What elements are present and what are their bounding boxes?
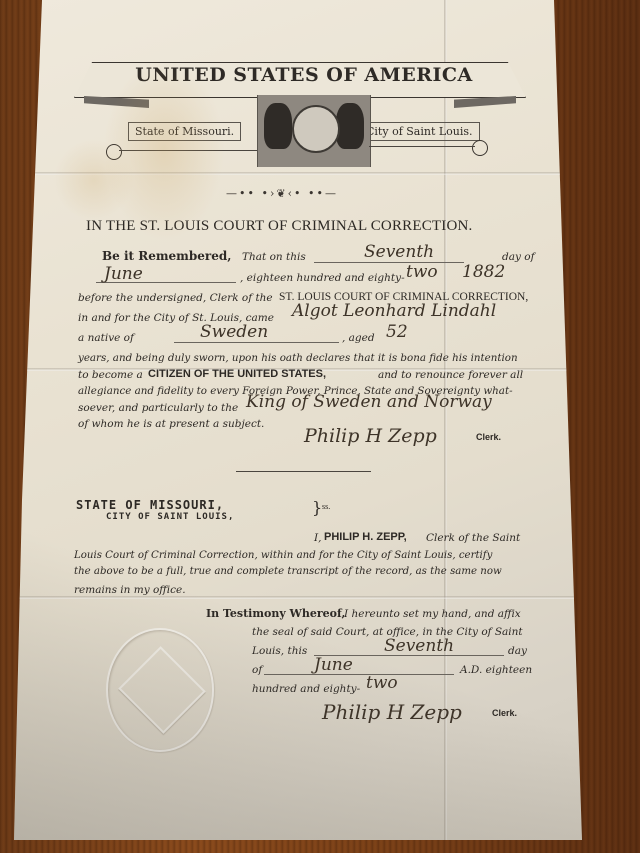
scroll-right-icon [472,140,488,156]
city-label: City of Saint Louis. [366,125,473,138]
sovereign-field: King of Sweden and Norway [246,392,492,412]
missouri-seal-icon [257,95,371,167]
state-label: State of Missouri. [135,125,234,138]
seal-crossed-emblem-icon [118,646,206,734]
static-text: I, [314,532,322,544]
testimony-clerk-signature: Philip H Zepp [322,700,462,724]
testimony-clerk-title: Clerk. [492,708,517,718]
static-text: That on this [242,251,306,263]
state-of-missouri-heading: STATE OF MISSOURI, [76,498,224,512]
brace-icon: } [312,498,322,517]
static-text: Louis Court of Criminal Correction, with… [74,550,492,561]
static-text: day of [502,251,534,263]
blank-line [264,674,454,675]
static-text: and to renounce forever all [378,369,523,381]
be-it-remembered: Be it Remembered, [102,249,231,263]
static-text: , aged [342,332,375,344]
state-box: State of Missouri. [128,122,241,141]
clerk-name: PHILIP H. ZEPP, [324,531,407,543]
blank-line [174,342,339,343]
static-text: years, and being duly sworn, upon his oa… [78,352,518,364]
blank-line [314,262,464,263]
day-field: Seventh [364,242,434,262]
static-text: of [252,664,262,676]
static-text: before the undersigned, Clerk of the [78,292,273,304]
court-heading: IN THE ST. LOUIS COURT OF CRIMINAL CORRE… [86,218,473,235]
city-box: City of Saint Louis. [359,122,480,141]
testimony-day-field: Seventh [384,636,454,656]
rule [369,146,475,147]
divider-rule [236,471,371,472]
bear-left-icon [264,103,292,149]
static-text: , eighteen hundred and eighty- [240,272,405,284]
static-text: Clerk of the Saint [426,532,520,544]
in-testimony-whereof: In Testimony Whereof, [206,607,345,620]
age-field: 52 [386,322,408,342]
year-word-field: two [406,262,438,282]
testimony-month-field: June [314,655,353,675]
static-text: A.D. eighteen [460,664,532,676]
static-text: to become a [78,369,143,381]
native-of-field: Sweden [200,322,268,342]
static-text: I hereunto set my hand, and affix [344,608,521,620]
document-title: UNITED STATES OF AMERICA [89,64,519,86]
city-of-saint-louis-heading: CITY OF SAINT LOUIS, [106,512,234,522]
clerk-signature: Philip H Zepp [304,425,437,447]
scroll-left-icon [106,144,122,160]
horizontal-fold [14,172,582,175]
clerk-title: Clerk. [476,432,501,442]
seal-disc-icon [292,105,340,153]
rule [119,150,257,151]
static-text: of whom he is at present a subject. [78,418,264,430]
embossed-court-seal-icon [106,628,214,752]
testimony-year-field: two [366,673,398,693]
static-text: a native of [78,332,134,344]
static-text: the above to be a full, true and complet… [74,566,502,577]
static-text: soever, and particularly to the [78,402,238,414]
bear-right-icon [336,103,364,149]
naturalization-document: UNITED STATES OF AMERICA State of Missou… [14,0,582,840]
ornament-icon: —•• •›❦‹• ••— [226,187,338,200]
month-field: June [104,264,143,284]
year-number-field: 1882 [462,262,505,282]
citizen-heading: CITIZEN OF THE UNITED STATES, [148,368,326,380]
static-text: remains in my office. [74,584,186,596]
static-text: day [508,645,527,657]
ss-label: ss. [322,502,330,511]
horizontal-fold [14,596,582,599]
static-text: hundred and eighty- [252,683,360,695]
applicant-name-field: Algot Leonhard Lindahl [292,301,496,321]
static-text: Louis, this [252,645,307,657]
